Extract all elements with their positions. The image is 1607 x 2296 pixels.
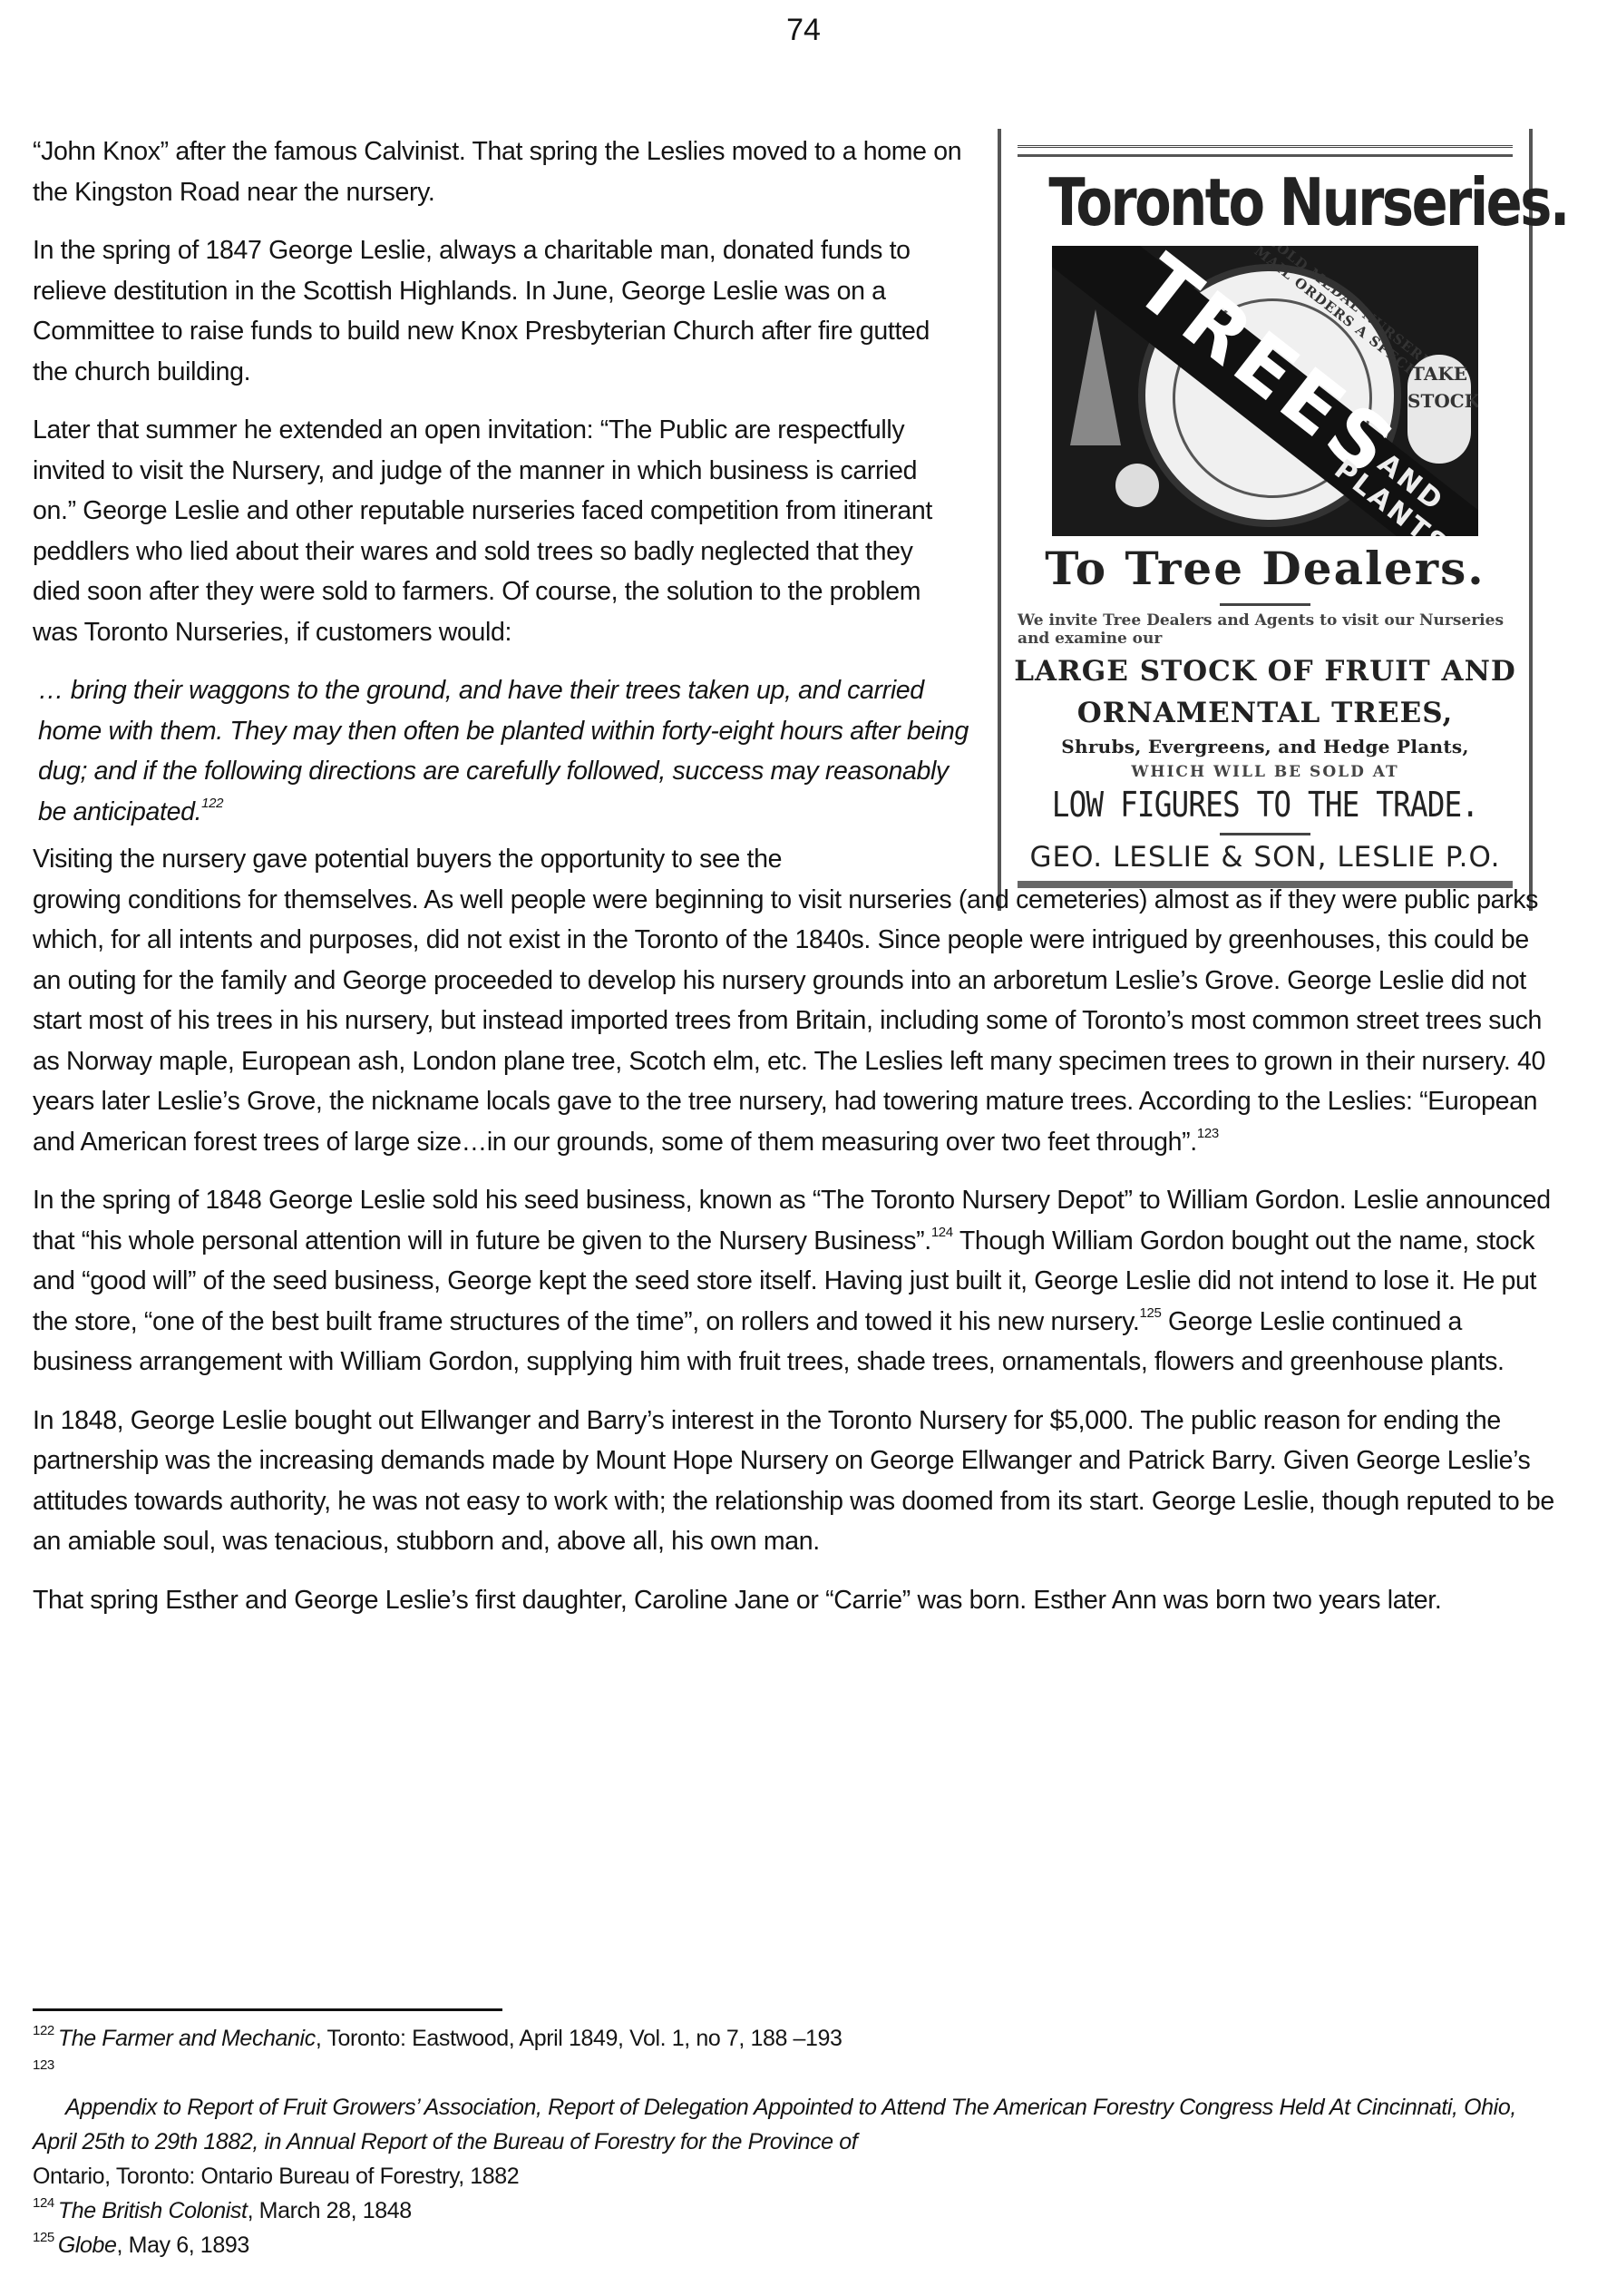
footnote-title: The British Colonist — [58, 2198, 248, 2223]
footnote-124: 124The British Colonist, March 28, 1848 — [33, 2193, 1556, 2228]
paragraph-7: That spring Esther and George Leslie’s f… — [33, 1580, 1556, 1621]
footnote-detail: Ontario, Toronto: Ontario Bureau of Fore… — [33, 2159, 1556, 2193]
footnote-detail: , March 28, 1848 — [248, 2198, 412, 2223]
paragraph-6: In 1848, George Leslie bought out Ellwan… — [33, 1401, 1556, 1562]
footnote-number: 123 — [33, 2057, 54, 2073]
footnote-125: 125Globe, May 6, 1893 — [33, 2228, 1556, 2262]
footnote-ref-124[interactable]: 124 — [931, 1225, 953, 1240]
footnote-title: The Farmer and Mechanic — [58, 2026, 316, 2051]
footnote-number: 125 — [33, 2230, 54, 2245]
paragraph-4: Visiting the nursery gave potential buye… — [33, 839, 1556, 1162]
footnote-122: 122The Farmer and Mechanic, Toronto: Eas… — [33, 2021, 1556, 2056]
footnote-123: 123Appendix to Report of Fruit Growers’ … — [33, 2056, 1556, 2193]
footnote-title: Appendix to Report of Fruit Growers’ Ass… — [33, 2095, 1516, 2154]
footnote-detail: , Toronto: Eastwood, April 1849, Vol. 1,… — [316, 2026, 842, 2051]
footnote-number: 124 — [33, 2195, 54, 2211]
footnote-separator — [33, 2008, 502, 2011]
body-text: “John Knox” after the famous Calvinist. … — [33, 132, 1556, 1638]
footnotes: 122The Farmer and Mechanic, Toronto: Eas… — [33, 2021, 1556, 2262]
footnote-number: 122 — [33, 2023, 54, 2038]
paragraph-4-rest: growing conditions for themselves. As we… — [33, 885, 1545, 1157]
block-quote: … bring their waggons to the ground, and… — [33, 670, 972, 832]
footnote-ref-125[interactable]: 125 — [1139, 1305, 1161, 1321]
footnote-detail: , May 6, 1893 — [117, 2232, 249, 2258]
page-number: 74 — [0, 13, 1607, 48]
paragraph-3: Later that summer he extended an open in… — [33, 410, 967, 652]
paragraph-4-first-line: Visiting the nursery gave potential buye… — [33, 845, 782, 874]
footnote-ref-122[interactable]: 122 — [201, 796, 223, 811]
paragraph-2: In the spring of 1847 George Leslie, alw… — [33, 230, 967, 392]
paragraph-1: “John Knox” after the famous Calvinist. … — [33, 132, 967, 212]
paragraph-5: In the spring of 1848 George Leslie sold… — [33, 1180, 1556, 1382]
footnote-title: Globe — [58, 2232, 117, 2258]
quote-text: … bring their waggons to the ground, and… — [38, 676, 969, 826]
footnote-ref-123[interactable]: 123 — [1197, 1126, 1219, 1141]
